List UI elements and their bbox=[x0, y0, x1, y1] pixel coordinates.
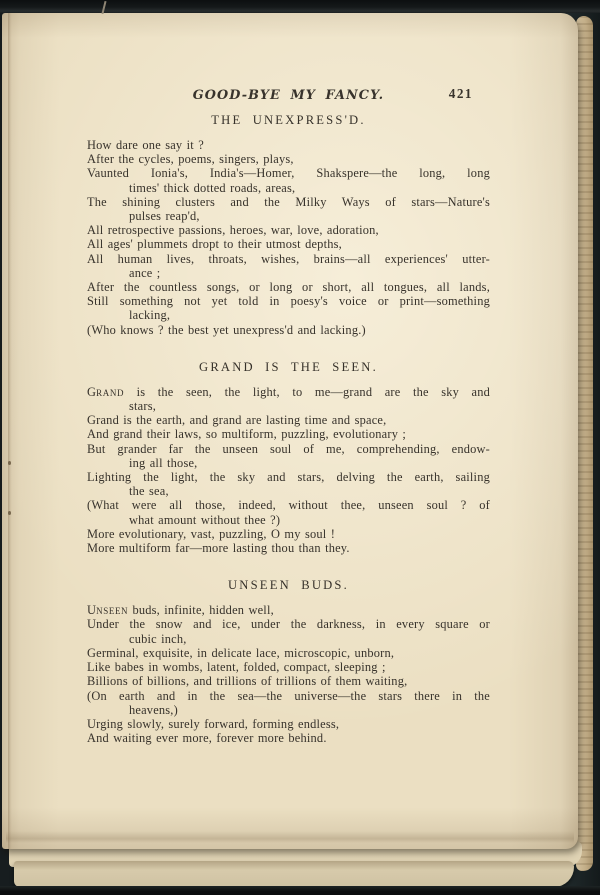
poems-container: THE UNEXPRESS'D.How dare one say it ?Aft… bbox=[87, 113, 490, 745]
poem-line: (What were all those, indeed, without th… bbox=[87, 498, 490, 512]
poem-line: And grand their laws, so multiform, puzz… bbox=[87, 427, 490, 441]
poem-line: the sea, bbox=[87, 484, 490, 498]
running-header: GOOD-BYE MY FANCY. 421 bbox=[87, 86, 490, 101]
poem-body: How dare one say it ?After the cycles, p… bbox=[87, 138, 490, 337]
poem-line: Urging slowly, surely forward, forming e… bbox=[87, 717, 490, 731]
poem-line: The shining clusters and the Milky Ways … bbox=[87, 195, 490, 209]
binding-crease bbox=[8, 13, 12, 849]
poem-title: THE UNEXPRESS'D. bbox=[87, 113, 490, 127]
poem-line: Grand is the earth, and grand are lastin… bbox=[87, 413, 490, 427]
poem-line: ance ; bbox=[87, 266, 490, 280]
book-page: GOOD-BYE MY FANCY. 421 THE UNEXPRESS'D.H… bbox=[2, 13, 578, 849]
poem-line: stars, bbox=[87, 399, 490, 413]
poem-line: All ages' plummets dropt to their utmost… bbox=[87, 237, 490, 251]
poem-line: cubic inch, bbox=[87, 632, 490, 646]
page-stack-edge bbox=[14, 861, 574, 887]
poem-body: Grand is the seen, the light, to me—gran… bbox=[87, 385, 490, 555]
poem-line: pulses reap'd, bbox=[87, 209, 490, 223]
poem-line: Under the snow and ice, under the darkne… bbox=[87, 617, 490, 631]
binding-stitch bbox=[8, 461, 11, 465]
poem-line: After the countless songs, or long or sh… bbox=[87, 280, 490, 294]
poem-line: times' thick dotted roads, areas, bbox=[87, 181, 490, 195]
poem-line: Like babes in wombs, latent, folded, com… bbox=[87, 660, 490, 674]
book-cover-bottom bbox=[0, 886, 600, 895]
smallcaps-lead-word: rand bbox=[96, 385, 124, 399]
page-number: 421 bbox=[449, 86, 473, 102]
book-photo: GOOD-BYE MY FANCY. 421 THE UNEXPRESS'D.H… bbox=[0, 0, 600, 895]
poem-line: But grander far the unseen soul of me, c… bbox=[87, 442, 490, 456]
poem-body: Unseen buds, infinite, hidden well,Under… bbox=[87, 603, 490, 745]
poem-line: All retrospective passions, heroes, war,… bbox=[87, 223, 490, 237]
poem-line: Lighting the light, the sky and stars, d… bbox=[87, 470, 490, 484]
poem-line: Billions of billions, and trillions of t… bbox=[87, 674, 490, 688]
running-title: GOOD-BYE MY FANCY. bbox=[193, 88, 384, 103]
poem-line: Still something not yet told in poesy's … bbox=[87, 294, 490, 308]
poem-line: After the cycles, poems, singers, plays, bbox=[87, 152, 490, 166]
poem-line: All human lives, throats, wishes, brains… bbox=[87, 252, 490, 266]
page-fore-edge bbox=[576, 16, 593, 871]
poem-line: heavens,) bbox=[87, 703, 490, 717]
poem-line: Vaunted Ionia's, India's—Homer, Shaksper… bbox=[87, 166, 490, 180]
poem-line: Germinal, exquisite, in delicate lace, m… bbox=[87, 646, 490, 660]
poem-line: Unseen buds, infinite, hidden well, bbox=[87, 603, 490, 617]
poem-line: (Who knows ? the best yet unexpress'd an… bbox=[87, 323, 490, 337]
poem-line: ing all those, bbox=[87, 456, 490, 470]
poem-line: More evolutionary, vast, puzzling, O my … bbox=[87, 527, 490, 541]
smallcaps-lead-word: nseen bbox=[96, 603, 128, 617]
poem-title: UNSEEN BUDS. bbox=[87, 578, 490, 592]
poem-line: Grand is the seen, the light, to me—gran… bbox=[87, 385, 490, 399]
book-cover-top bbox=[0, 0, 600, 13]
poem-title: GRAND IS THE SEEN. bbox=[87, 360, 490, 374]
poem-line: what amount without thee ?) bbox=[87, 513, 490, 527]
poem-line: How dare one say it ? bbox=[87, 138, 490, 152]
text-column: GOOD-BYE MY FANCY. 421 THE UNEXPRESS'D.H… bbox=[87, 13, 490, 745]
poem-line: More multiform far—more lasting thou tha… bbox=[87, 541, 490, 555]
binding-stitch bbox=[8, 511, 11, 515]
poem-line: lacking, bbox=[87, 308, 490, 322]
poem-line: (On earth and in the sea—the universe—th… bbox=[87, 689, 490, 703]
poem-line: And waiting ever more, forever more behi… bbox=[87, 731, 490, 745]
